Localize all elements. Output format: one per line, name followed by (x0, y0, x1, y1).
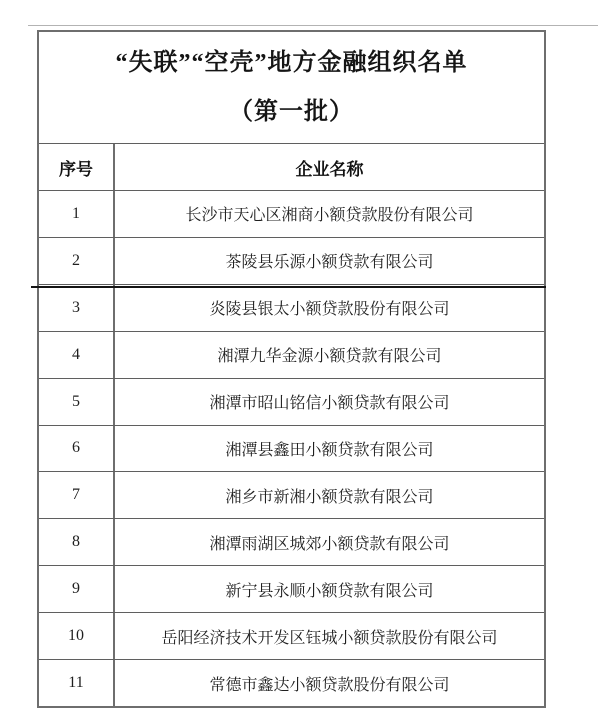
row-company-name: 茶陵县乐源小额贷款有限公司 (115, 238, 544, 284)
table-row: 10岳阳经济技术开发区钰城小额贷款股份有限公司 (39, 613, 544, 660)
row-serial-number: 4 (39, 332, 115, 378)
table-row: 5湘潭市昭山铭信小额贷款有限公司 (39, 379, 544, 426)
row-company-name: 长沙市天心区湘商小额贷款股份有限公司 (115, 191, 544, 237)
row-company-name: 新宁县永顺小额贷款有限公司 (115, 566, 544, 612)
column-header-company-name: 企业名称 (115, 144, 544, 190)
table-row: 7湘乡市新湘小额贷款有限公司 (39, 472, 544, 519)
row-serial-number: 7 (39, 472, 115, 518)
row-serial-number: 3 (39, 285, 115, 331)
financial-organizations-table: “失联”“空壳”地方金融组织名单 （第一批） 序号 企业名称 1长沙市天心区湘商… (37, 30, 546, 708)
table-title-line2: （第一批） (229, 98, 354, 127)
row-company-name: 湘乡市新湘小额贷款有限公司 (115, 472, 544, 518)
row-company-name: 湘潭雨湖区城郊小额贷款有限公司 (115, 519, 544, 565)
row-serial-number: 1 (39, 191, 115, 237)
page-top-rule (28, 25, 598, 26)
table-row: 8湘潭雨湖区城郊小额贷款有限公司 (39, 519, 544, 566)
row-company-name: 湘潭市昭山铭信小额贷款有限公司 (115, 379, 544, 425)
row-company-name: 湘潭九华金源小额贷款有限公司 (115, 332, 544, 378)
row-company-name: 湘潭县鑫田小额贷款有限公司 (115, 426, 544, 472)
table-row: 9新宁县永顺小额贷款有限公司 (39, 566, 544, 613)
table-row: 1长沙市天心区湘商小额贷款股份有限公司 (39, 191, 544, 238)
table-header-row: 序号 企业名称 (39, 144, 544, 191)
table-row: 11常德市鑫达小额贷款股份有限公司 (39, 660, 544, 706)
row-serial-number: 9 (39, 566, 115, 612)
table-row: 6湘潭县鑫田小额贷款有限公司 (39, 426, 544, 473)
row-serial-number: 2 (39, 238, 115, 284)
row-serial-number: 6 (39, 426, 115, 472)
row-company-name: 常德市鑫达小额贷款股份有限公司 (115, 660, 544, 706)
row-serial-number: 11 (39, 660, 115, 706)
row-serial-number: 5 (39, 379, 115, 425)
table-row: 2茶陵县乐源小额贷款有限公司 (39, 238, 544, 285)
table-title-line1: “失联”“空壳”地方金融组织名单 (116, 49, 468, 78)
row-company-name: 炎陵县银太小额贷款股份有限公司 (115, 285, 544, 331)
table-row: 4湘潭九华金源小额贷款有限公司 (39, 332, 544, 379)
row-serial-number: 10 (39, 613, 115, 659)
row-company-name: 岳阳经济技术开发区钰城小额贷款股份有限公司 (115, 613, 544, 659)
column-header-serial-number: 序号 (39, 144, 115, 190)
page-break-divider-line (31, 286, 546, 288)
table-title-cell: “失联”“空壳”地方金融组织名单 （第一批） (39, 32, 544, 144)
document-page: “失联”“空壳”地方金融组织名单 （第一批） 序号 企业名称 1长沙市天心区湘商… (0, 0, 606, 710)
row-serial-number: 8 (39, 519, 115, 565)
table-row: 3炎陵县银太小额贷款股份有限公司 (39, 285, 544, 332)
